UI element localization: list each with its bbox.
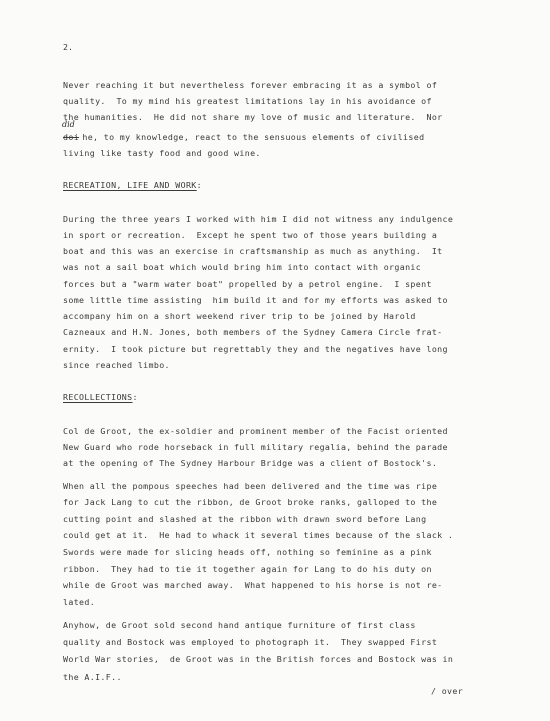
text-line: for Jack Lang to cut the ribbon, de Groo…	[63, 497, 437, 507]
text-line: some little time assisting him build it …	[63, 295, 448, 305]
section-heading-recollections: RECOLLECTIONS:	[63, 392, 138, 402]
text-line: quality and Bostock was employed to phot…	[63, 637, 437, 647]
text-line: the humanities. He did not share my love…	[63, 112, 443, 122]
text-line: while de Groot was marched away. What ha…	[63, 580, 443, 590]
text-line: Anyhow, de Groot sold second hand antiqu…	[63, 620, 416, 630]
text-line: ernity. I took picture but regrettably t…	[63, 344, 448, 354]
text-line: he, to my knowledge, react to the sensuo…	[77, 132, 424, 142]
text-line: Col de Groot, the ex-soldier and promine…	[63, 426, 448, 436]
text-line: Swords were made for slicing heads off, …	[63, 547, 432, 557]
text-line: Cazneaux and H.N. Jones, both members of…	[63, 327, 443, 337]
text-line: could get at it. He had to whack it seve…	[63, 530, 453, 540]
heading-text: RECOLLECTIONS	[63, 392, 133, 402]
handwritten-correction: did	[62, 120, 75, 129]
text-line: World War stories, de Groot was in the B…	[63, 654, 453, 664]
page-turn-note: / over	[431, 686, 463, 696]
text-line: in sport or recreation. Except he spent …	[63, 230, 437, 240]
section-heading-recreation: RECREATION, LIFE AND WORK:	[63, 180, 202, 190]
text-line: cutting point and slashed at the ribbon …	[63, 514, 426, 524]
text-line: since reached limbo.	[63, 360, 170, 370]
text-line: New Guard who rode horseback in full mil…	[63, 442, 448, 452]
text-line: living like tasty food and good wine.	[63, 148, 261, 158]
document-page: 2. Never reaching it but nevertheless fo…	[0, 0, 550, 721]
text-line: was not a sail boat which would bring hi…	[63, 262, 421, 272]
heading-colon: :	[133, 392, 138, 402]
text-line: the A.I.F..	[63, 672, 122, 682]
page-number: 2.	[63, 42, 73, 52]
text-line: When all the pompous speeches had been d…	[63, 481, 437, 491]
text-line: Never reaching it but nevertheless forev…	[63, 80, 437, 90]
text-line: During the three years I worked with him…	[63, 214, 453, 224]
text-line: accompany him on a short weekend river t…	[63, 311, 416, 321]
text-line: at the opening of The Sydney Harbour Bri…	[63, 458, 437, 468]
heading-text: RECREATION, LIFE AND WORK	[63, 180, 197, 190]
text-line: lated.	[63, 597, 95, 607]
text-line: boat and this was an exercise in craftsm…	[63, 246, 443, 256]
heading-colon: :	[197, 180, 202, 190]
text-line: ribbon. They had to tie it together agai…	[63, 564, 432, 574]
text-line: forces but a "warm water boat" propelled…	[63, 279, 432, 289]
text-line: quality. To my mind his greatest limitat…	[63, 96, 432, 106]
